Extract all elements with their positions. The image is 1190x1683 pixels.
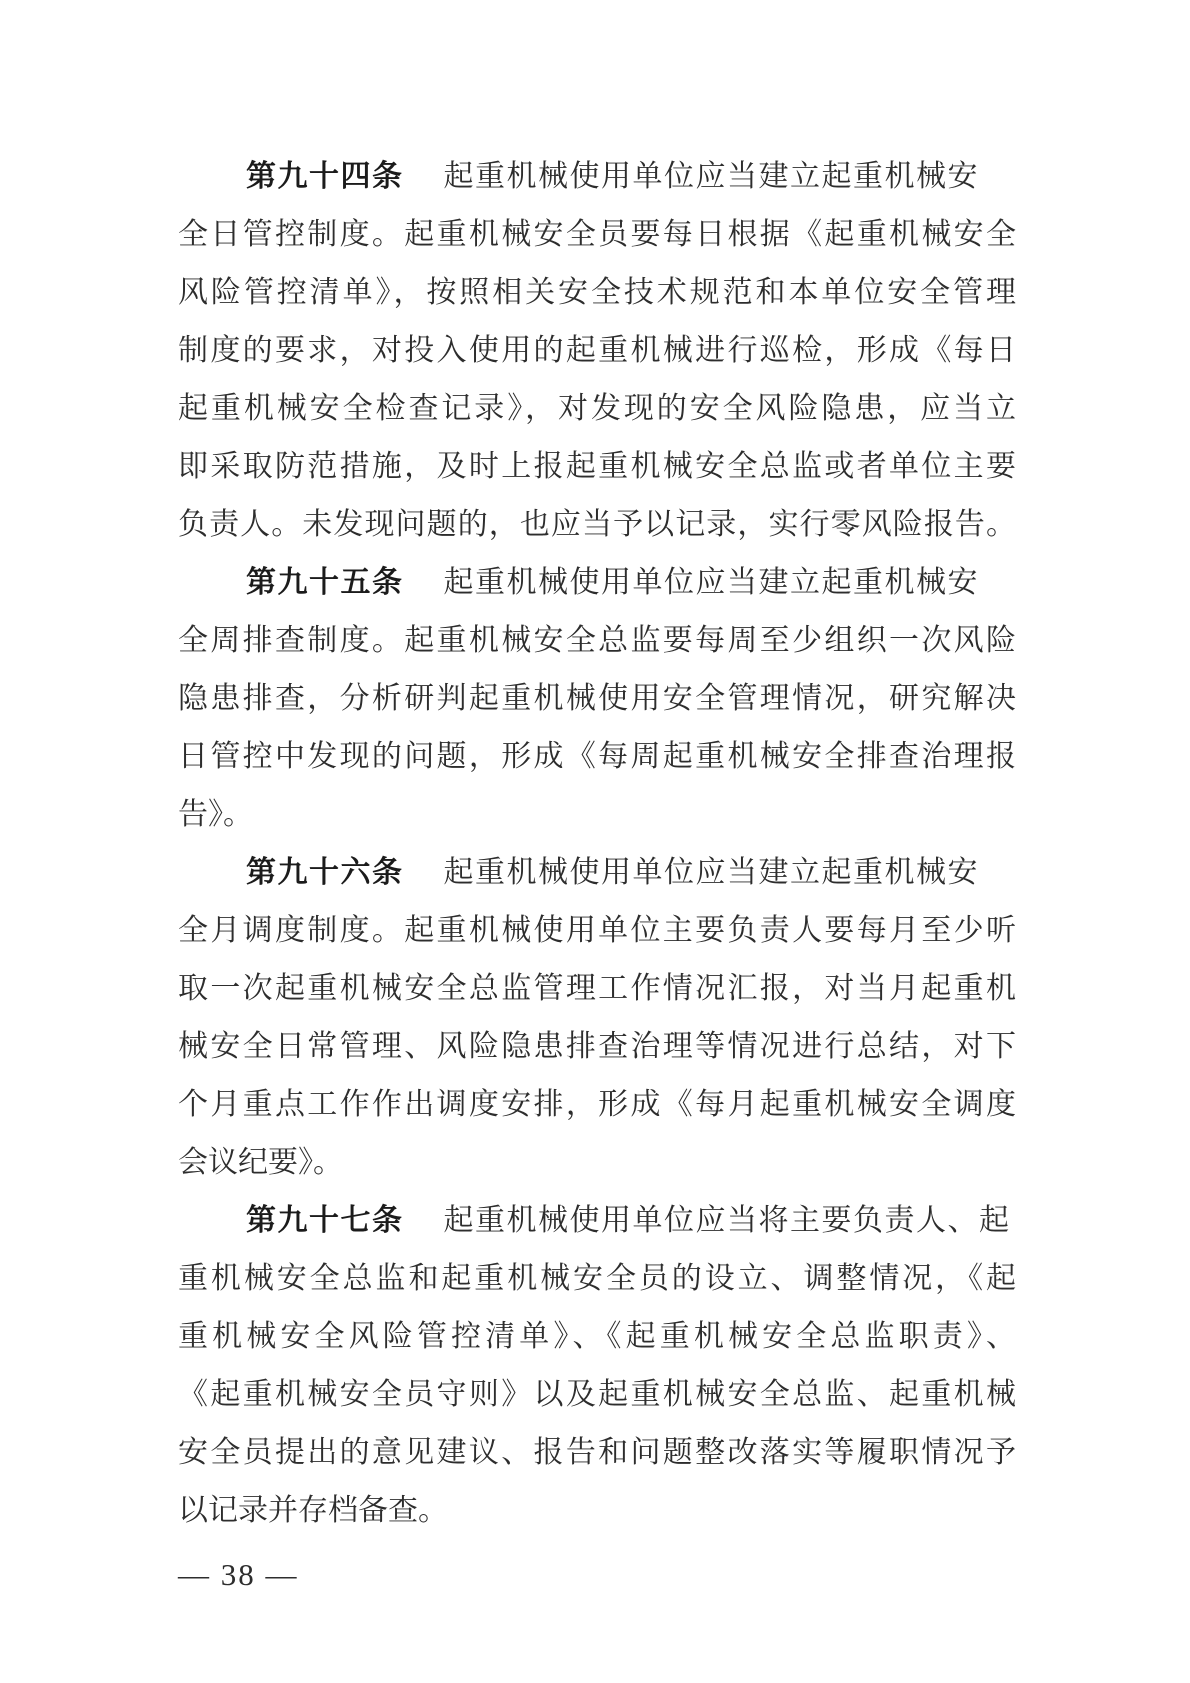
text-line: 起重机械安全检查记录》，对发现的安全风险隐患，应当立 (178, 380, 1016, 438)
article-first-line: 第九十五条起重机械使用单位应当建立起重机械安 (178, 554, 1016, 612)
line-text: 负责人。未发现问题的，也应当予以记录，实行零风险报告。 (178, 508, 1016, 541)
text-line: 以记录并存档备查。 (178, 1482, 1016, 1540)
text-line: 隐患排查，分析研判起重机械使用安全管理情况，研究解决 (178, 670, 1016, 728)
line-text: 个月重点工作作出调度安排，形成《每月起重机械安全调度 (178, 1088, 1016, 1121)
article-number: 第九十七条 (246, 1204, 404, 1237)
document-page: 第九十四条起重机械使用单位应当建立起重机械安全日管控制度。起重机械安全员要每日根… (0, 0, 1190, 1683)
line-text: 重机械安全总监和起重机械安全员的设立、调整情况，《起 (178, 1262, 1016, 1295)
text-line: 《起重机械安全员守则》以及起重机械安全总监、起重机械 (178, 1366, 1016, 1424)
text-line: 械安全日常管理、风险隐患排查治理等情况进行总结，对下 (178, 1018, 1016, 1076)
line-text: 隐患排查，分析研判起重机械使用安全管理情况，研究解决 (178, 682, 1016, 715)
line-text: 全日管控制度。起重机械安全员要每日根据《起重机械安全 (178, 218, 1016, 251)
text-line: 告》。 (178, 786, 1016, 844)
text-line: 全月调度制度。起重机械使用单位主要负责人要每月至少听 (178, 902, 1016, 960)
line-text: 起重机械使用单位应当建立起重机械安 (444, 856, 980, 889)
text-line: 安全员提出的意见建议、报告和问题整改落实等履职情况予 (178, 1424, 1016, 1482)
text-line: 全周排查制度。起重机械安全总监要每周至少组织一次风险 (178, 612, 1016, 670)
article-number: 第九十五条 (246, 566, 404, 599)
line-text: 《起重机械安全员守则》以及起重机械安全总监、起重机械 (178, 1378, 1016, 1411)
line-text: 会议纪要》。 (178, 1146, 343, 1179)
article-number: 第九十六条 (246, 856, 404, 889)
text-line: 个月重点工作作出调度安排，形成《每月起重机械安全调度 (178, 1076, 1016, 1134)
line-text: 起重机械使用单位应当将主要负责人、起 (444, 1204, 1011, 1237)
text-line: 会议纪要》。 (178, 1134, 1016, 1192)
line-text: 告》。 (178, 798, 253, 831)
text-line: 重机械安全风险管控清单》、《起重机械安全总监职责》、 (178, 1308, 1016, 1366)
line-text: 起重机械安全检查记录》，对发现的安全风险隐患，应当立 (178, 392, 1016, 425)
line-text: 即采取防范措施，及时上报起重机械安全总监或者单位主要 (178, 450, 1016, 483)
text-line: 即采取防范措施，及时上报起重机械安全总监或者单位主要 (178, 438, 1016, 496)
line-text: 全周排查制度。起重机械安全总监要每周至少组织一次风险 (178, 624, 1016, 657)
text-line: 取一次起重机械安全总监管理工作情况汇报，对当月起重机 (178, 960, 1016, 1018)
document-body: 第九十四条起重机械使用单位应当建立起重机械安全日管控制度。起重机械安全员要每日根… (178, 148, 1016, 1540)
text-line: 重机械安全总监和起重机械安全员的设立、调整情况，《起 (178, 1250, 1016, 1308)
line-text: 安全员提出的意见建议、报告和问题整改落实等履职情况予 (178, 1436, 1016, 1469)
line-text: 起重机械使用单位应当建立起重机械安 (444, 160, 980, 193)
text-line: 全日管控制度。起重机械安全员要每日根据《起重机械安全 (178, 206, 1016, 264)
text-line: 日管控中发现的问题，形成《每周起重机械安全排查治理报 (178, 728, 1016, 786)
text-line: 负责人。未发现问题的，也应当予以记录，实行零风险报告。 (178, 496, 1016, 554)
text-line: 风险管控清单》，按照相关安全技术规范和本单位安全管理 (178, 264, 1016, 322)
article-first-line: 第九十六条起重机械使用单位应当建立起重机械安 (178, 844, 1016, 902)
line-text: 起重机械使用单位应当建立起重机械安 (444, 566, 980, 599)
line-text: 风险管控清单》，按照相关安全技术规范和本单位安全管理 (178, 276, 1016, 309)
article-first-line: 第九十四条起重机械使用单位应当建立起重机械安 (178, 148, 1016, 206)
line-text: 全月调度制度。起重机械使用单位主要负责人要每月至少听 (178, 914, 1016, 947)
article-first-line: 第九十七条起重机械使用单位应当将主要负责人、起 (178, 1192, 1016, 1250)
line-text: 重机械安全风险管控清单》、《起重机械安全总监职责》、 (178, 1320, 1016, 1353)
page-footer: — 38 — (178, 1556, 299, 1594)
page-number: — 38 — (178, 1557, 299, 1592)
article-number: 第九十四条 (246, 160, 404, 193)
line-text: 制度的要求，对投入使用的起重机械进行巡检，形成《每日 (178, 334, 1016, 367)
line-text: 取一次起重机械安全总监管理工作情况汇报，对当月起重机 (178, 972, 1016, 1005)
line-text: 日管控中发现的问题，形成《每周起重机械安全排查治理报 (178, 740, 1016, 773)
line-text: 械安全日常管理、风险隐患排查治理等情况进行总结，对下 (178, 1030, 1016, 1063)
text-line: 制度的要求，对投入使用的起重机械进行巡检，形成《每日 (178, 322, 1016, 380)
line-text: 以记录并存档备查。 (178, 1494, 448, 1527)
